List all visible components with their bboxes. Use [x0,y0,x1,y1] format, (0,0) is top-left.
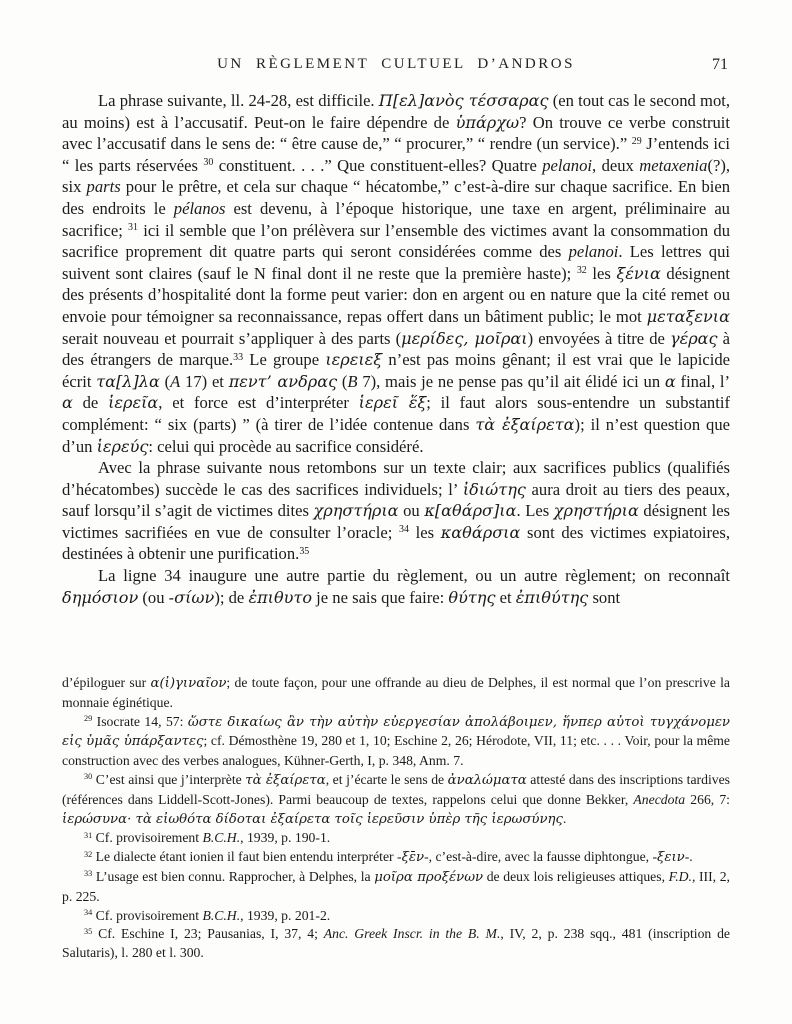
footnote-ref: 30 [203,157,213,168]
italic-text: metaxenia [639,156,707,175]
text-run: , et j’écarte le sens de [326,772,448,787]
greek-text: ἰδιώτης [463,480,526,499]
italic-text: pelanoi [569,242,619,261]
footnote-ref: 35 [299,546,309,557]
greek-text: μοῖρα προξένων [374,870,483,885]
footnote-ref: 29 [632,136,642,147]
greek-text: ἱερεύς [97,437,149,456]
text-run: ou [399,501,425,520]
greek-text: ἀναλώματα [448,773,527,788]
text-run: serait nouveau et pourrait s’appliquer à… [62,329,401,348]
greek-text: α(ἰ)γιναῖον [150,676,226,691]
footnote-marker: 32 [84,850,92,859]
footnote-continuation: d’épiloguer sur α(ἰ)γιναῖον; de toute fa… [62,674,730,713]
running-header: UN RÈGLEMENT CULTUEL D’ANDROS 71 [62,56,730,78]
text-run: Le dialecte étant ionien il faut bien en… [96,849,402,864]
paragraph: La phrase suivante, ll. 24-28, est diffi… [62,90,730,457]
footnote: 34 Cf. provisoirement B.C.H., 1939, p. 2… [62,907,730,926]
text-run: les [587,264,617,283]
italic-text: B.C.H. [202,830,240,845]
greek-text: Π[ελ]ανὸς τέσσαρας [379,91,549,110]
italic-text: parts [87,177,121,196]
paragraph: La ligne 34 inaugure une autre partie du… [62,565,730,608]
greek-text: χρηστήρια [314,501,399,520]
italic-text: Anc. Greek Inscr. in the B. M. [324,926,501,941]
text-run: 7), mais je ne pense pas qu’il ait élidé… [358,372,665,391]
text-run: La phrase suivante, ll. 24-28, est diffi… [98,91,379,110]
text-run: Cf. Eschine I, 23; Pausanias, I, 37, 4; [98,926,324,941]
text-run: La ligne 34 inaugure une autre partie du… [98,566,730,585]
text-run: C’est ainsi que j’interprète [96,772,246,787]
greek-text: α [62,393,73,412]
text-run: : celui qui procède au sacrifice considé… [148,437,423,456]
footnote: 32 Le dialecte étant ionien il faut bien… [62,848,730,868]
text-run: Le groupe [243,350,325,369]
greek-text: ξένια [616,264,660,283]
italic-text: Anecdota [633,792,685,807]
footnote-ref: 34 [399,524,409,535]
footnote: 29 Isocrate 14, 57: ὥστε δικαίως ἂν τὴν … [62,713,730,771]
text-run: L’usage est bien connu. Rapprocher, à De… [96,869,374,884]
text-run: sont [588,588,620,607]
footnote-marker: 35 [84,927,92,936]
footnotes: d’épiloguer sur α(ἰ)γιναῖον; de toute fa… [62,674,730,963]
footnote: 35 Cf. Eschine I, 23; Pausanias, I, 37, … [62,925,730,963]
text-run: de [73,393,108,412]
italic-text: B [347,372,357,391]
text-run: 17) et [180,372,228,391]
text-run: ) envoyées à titre de [528,329,670,348]
text-run: je ne sais que faire: [312,588,448,607]
text-run: , deux [592,156,639,175]
greek-text: ιερειεξ [325,350,382,369]
text-run: Isocrate 14, 57: [97,714,188,729]
text-run: constituent. . . .” Que constituent-elle… [213,156,542,175]
greek-text: ἐπιθυτο [248,588,312,607]
text-run: , 1939, p. 190-1. [240,830,330,845]
footnote: 33 L’usage est bien connu. Rapprocher, à… [62,868,730,907]
text-run: . Les [516,501,553,520]
greek-text: μερίδες, μοῖραι [401,329,527,348]
italic-text: pelanoi [542,156,592,175]
italic-text: A [170,372,180,391]
greek-text: ἐπιθύτης [516,588,589,607]
greek-text: καθάρσια [441,523,521,542]
text-run: ); de [214,588,248,607]
footnote-marker: 31 [84,831,92,840]
greek-text: ὑπάρχω [456,113,520,132]
greek-text: -σίων [169,588,215,607]
text-run: de deux lois religieuses attiques, [483,869,669,884]
greek-text: ἱερεῖ ἕξ [359,393,427,412]
text-run: les [409,523,441,542]
greek-text: δημόσιον [62,588,138,607]
page: UN RÈGLEMENT CULTUEL D’ANDROS 71 La phra… [0,0,792,1024]
text-run: -, c’est-à-dire, avec la fausse diphtong… [424,849,657,864]
greek-text: χρηστήρια [554,501,639,520]
greek-text: τα[λ]λα [96,372,160,391]
body-text: La phrase suivante, ll. 24-28, est diffi… [62,90,730,608]
text-run: (ou [138,588,168,607]
greek-text: πεντ’ ανδρας [229,372,337,391]
footnote: 31 Cf. provisoirement B.C.H., 1939, p. 1… [62,829,730,848]
footnote-ref: 31 [128,222,138,233]
greek-text: ξε̄ν [402,850,425,865]
footnote-ref: 33 [233,352,243,363]
greek-text: τὰ ἐξαίρετα [245,773,325,788]
italic-text: F.D. [669,869,692,884]
greek-text: ἱερεῖα [108,393,158,412]
text-run: d’épiloguer sur [62,675,150,690]
greek-text: ἱερώσυνα· τὰ εἰωθότα δίδοται ἐξαίρετα το… [62,812,563,827]
footnote-marker: 30 [84,772,92,781]
text-run: Cf. provisoirement [96,908,203,923]
footnote-marker: 33 [84,869,92,878]
text-run: ( [337,372,347,391]
greek-text: τὰ ἐξαίρετα [475,415,574,434]
footnote-marker: 34 [84,908,92,917]
greek-text: γέρας [670,329,718,348]
text-run: 266, 7: [685,792,730,807]
text-run: -. [685,849,693,864]
text-run: , et force est d’interpréter [158,393,358,412]
footnote-ref: 32 [577,265,587,276]
page-number: 71 [712,56,728,74]
text-run: ( [160,372,170,391]
text-run: , 1939, p. 201-2. [240,908,330,923]
italic-text: B.C.H. [202,908,240,923]
text-run: Cf. provisoirement [96,830,203,845]
greek-text: μεταξενια [647,307,730,326]
running-title: UN RÈGLEMENT CULTUEL D’ANDROS [62,56,730,73]
text-run: final, l’ [676,372,730,391]
greek-text: ξειν [657,850,685,865]
greek-text: κ[αθάρσ]ια [424,501,516,520]
footnote-marker: 29 [84,714,92,723]
text-run: et [495,588,515,607]
paragraph: Avec la phrase suivante nous retombons s… [62,457,730,565]
greek-text: α [665,372,676,391]
footnote: 30 C’est ainsi que j’interprète τὰ ἐξαίρ… [62,771,730,829]
greek-text: θύτης [448,588,495,607]
text-run: . [563,811,566,826]
italic-text: pélanos [174,199,226,218]
